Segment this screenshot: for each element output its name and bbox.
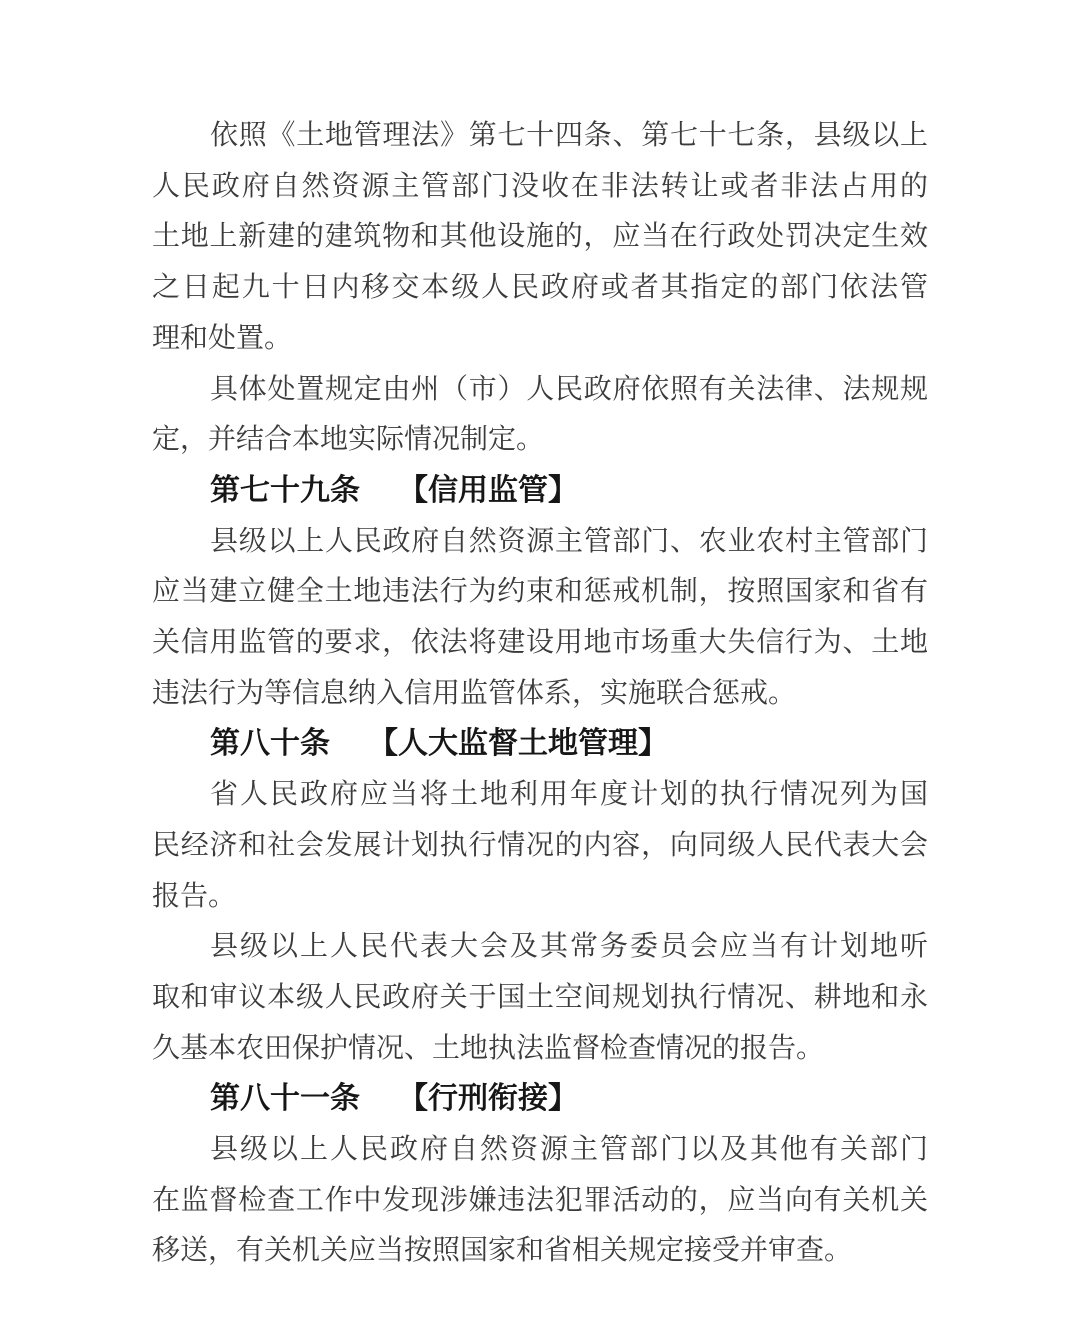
text-line: 久基本农田保护情况、土地执法监督检查情况的报告。	[152, 1024, 928, 1075]
article-paragraph: 县级以上人民政府自然资源主管部门、农业农村主管部门应当建立健全土地违法行为约束和…	[152, 517, 928, 720]
text-line: 县级以上人民政府自然资源主管部门以及其他有关部门	[152, 1125, 928, 1176]
text-line: 土地上新建的建筑物和其他设施的，应当在行政处罚决定生效	[152, 212, 928, 263]
document-content: 依照《土地管理法》第七十四条、第七十七条，县级以上人民政府自然资源主管部门没收在…	[152, 111, 928, 1277]
text-line: 报告。	[152, 872, 928, 923]
article-title: 【信用监管】	[398, 474, 578, 507]
text-line: 省人民政府应当将土地利用年度计划的执行情况列为国	[152, 770, 928, 821]
article-paragraph: 依照《土地管理法》第七十四条、第七十七条，县级以上人民政府自然资源主管部门没收在…	[152, 111, 928, 365]
article-paragraph: 县级以上人民代表大会及其常务委员会应当有计划地听取和审议本级人民政府关于国土空间…	[152, 922, 928, 1074]
text-line: 具体处置规定由州（市）人民政府依照有关法律、法规规	[152, 365, 928, 416]
article-heading: 第八十一条【行刑衔接】	[152, 1074, 928, 1125]
article-heading: 第八十条【人大监督土地管理】	[152, 719, 928, 770]
text-line: 县级以上人民代表大会及其常务委员会应当有计划地听	[152, 922, 928, 973]
article-number: 第八十一条	[210, 1082, 360, 1115]
article-number: 第七十九条	[210, 474, 360, 507]
article-paragraph: 省人民政府应当将土地利用年度计划的执行情况列为国民经济和社会发展计划执行情况的内…	[152, 770, 928, 922]
document-page: 依照《土地管理法》第七十四条、第七十七条，县级以上人民政府自然资源主管部门没收在…	[0, 0, 1080, 1328]
article-number: 第八十条	[210, 727, 330, 760]
article-title: 【行刑衔接】	[398, 1082, 578, 1115]
text-line: 定，并结合本地实际情况制定。	[152, 415, 928, 466]
text-line: 县级以上人民政府自然资源主管部门、农业农村主管部门	[152, 517, 928, 568]
text-line: 之日起九十日内移交本级人民政府或者其指定的部门依法管	[152, 263, 928, 314]
text-line: 民经济和社会发展计划执行情况的内容，向同级人民代表大会	[152, 821, 928, 872]
text-line: 在监督检查工作中发现涉嫌违法犯罪活动的，应当向有关机关	[152, 1176, 928, 1227]
text-line: 违法行为等信息纳入信用监管体系，实施联合惩戒。	[152, 669, 928, 720]
text-line: 理和处置。	[152, 314, 928, 365]
article-paragraph: 具体处置规定由州（市）人民政府依照有关法律、法规规定，并结合本地实际情况制定。	[152, 365, 928, 466]
article-title: 【人大监督土地管理】	[368, 727, 668, 760]
text-line: 关信用监管的要求，依法将建设用地市场重大失信行为、土地	[152, 618, 928, 669]
text-line: 依照《土地管理法》第七十四条、第七十七条，县级以上	[152, 111, 928, 162]
text-line: 人民政府自然资源主管部门没收在非法转让或者非法占用的	[152, 162, 928, 213]
article-paragraph: 县级以上人民政府自然资源主管部门以及其他有关部门在监督检查工作中发现涉嫌违法犯罪…	[152, 1125, 928, 1277]
article-heading: 第七十九条【信用监管】	[152, 466, 928, 517]
text-line: 取和审议本级人民政府关于国土空间规划执行情况、耕地和永	[152, 973, 928, 1024]
text-line: 应当建立健全土地违法行为约束和惩戒机制，按照国家和省有	[152, 567, 928, 618]
text-line: 移送，有关机关应当按照国家和省相关规定接受并审查。	[152, 1226, 928, 1277]
